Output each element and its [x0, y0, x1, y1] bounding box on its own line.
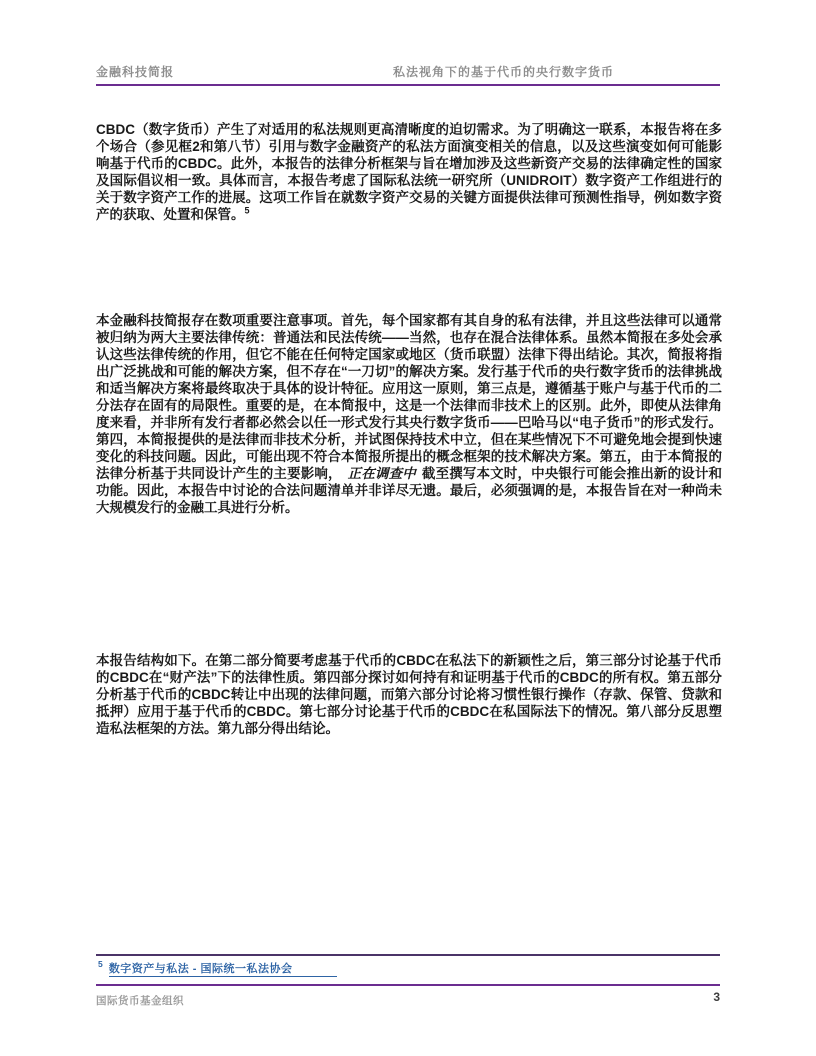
paragraph-text: CBDC（数字货币）产生了对适用的私法规则更高清晰度的迫切需求。为了明确这一联系… [96, 122, 722, 222]
page-number: 3 [713, 990, 720, 1004]
footnote-marker: 5 [98, 959, 103, 969]
header-chapter-title: 私法视角下的基于代币的央行数字货币 [393, 63, 614, 80]
document-page: 金融科技简报 私法视角下的基于代币的央行数字货币 CBDC（数字货币）产生了对适… [0, 0, 816, 1056]
footnote: 5数字资产与私法 - 国际统一私法协会 [98, 960, 337, 976]
footnote-hyperlink[interactable]: 数字资产与私法 - 国际统一私法协会 [109, 963, 337, 977]
header-rule [96, 84, 720, 86]
footer-rule [96, 984, 720, 986]
footer-organization: 国际货币基金组织 [96, 993, 184, 1008]
italic-phrase: 正在调查中 [348, 466, 416, 481]
footnote-reference-5[interactable]: 5 [245, 206, 250, 216]
paragraph-text: 本报告结构如下。在第二部分简要考虑基于代币的CBDC在私法下的新颖性之后，第三部… [96, 653, 722, 736]
header-document-title: 金融科技简报 [96, 63, 174, 80]
paragraph-report-structure: 本报告结构如下。在第二部分简要考虑基于代币的CBDC在私法下的新颖性之后，第三部… [96, 652, 722, 737]
paragraph-text: 本金融科技简报存在数项重要注意事项。首先，每个国家都有其自身的私有法律，并且这些… [96, 313, 722, 481]
paragraph-caveats: 本金融科技简报存在数项重要注意事项。首先，每个国家都有其自身的私有法律，并且这些… [96, 312, 722, 516]
footnote-separator-rule [96, 954, 720, 956]
paragraph-cbdc-private-law: CBDC（数字货币）产生了对适用的私法规则更高清晰度的迫切需求。为了明确这一联系… [96, 121, 722, 223]
